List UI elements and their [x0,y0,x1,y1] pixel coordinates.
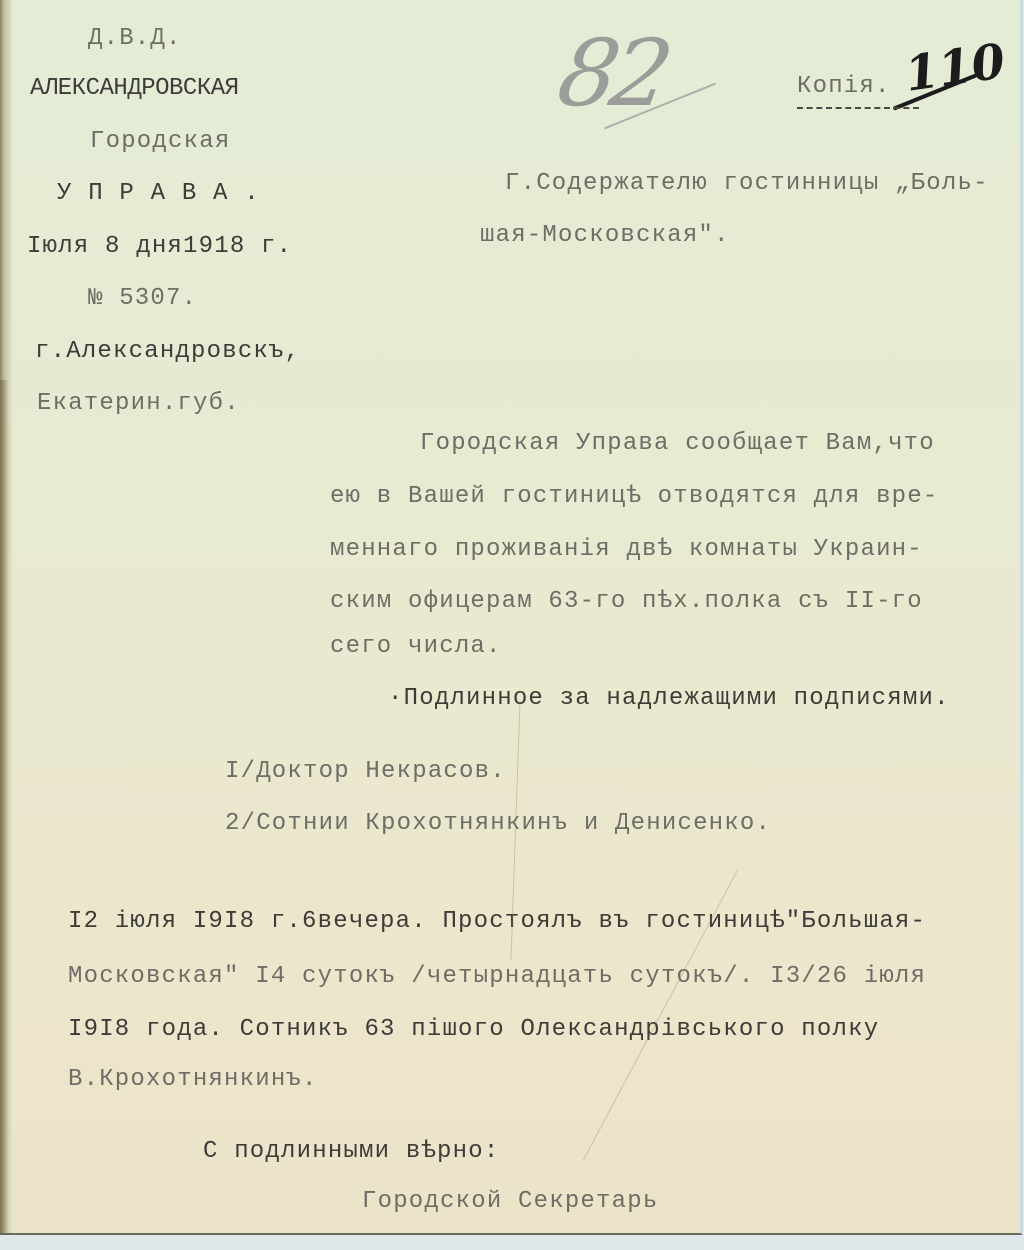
letterhead-line: АЛЕКСАНДРОВСКАЯ [30,75,239,102]
letterhead-city: г.Александровскъ, [35,338,300,365]
pencil-archive-number: 82 [551,20,675,127]
scanner-background [0,1235,1024,1250]
certification-line: С подлинными вѣрно: [203,1138,499,1165]
addressee-line: Г.Содержателю гостинницы „Боль- [505,170,989,197]
addressee-line: шая-Московская". [480,222,730,249]
letterhead-number: № 5307. [88,285,197,312]
body-line: сего числа. [330,633,502,660]
letterhead-date: Іюля 8 дня1918 г. [27,233,292,260]
letterhead-line: Городская [90,128,230,155]
annotation-line: Московская" I4 сутокъ /четырнадцать суто… [68,963,926,990]
annotation-line: I2 іюля I9I8 г.6вечера. Простоялъ въ гос… [68,908,926,935]
letterhead-line: Д.В.Д. [88,25,182,52]
body-line: ским офицерам 63-го пѣх.полка съ II-го [330,588,923,615]
annotation-line: В.Крохотнянкинъ. [68,1066,318,1093]
certification-secretary: Городской Секретарь [362,1188,658,1215]
letterhead-line: У П Р А В А . [57,180,260,207]
ink-archive-number: 110 [902,33,1009,102]
signature-line: I/Доктор Некрасов. [225,758,506,785]
annotation-line: I9I8 года. Сотникъ 63 пішого Олександрів… [68,1016,879,1043]
document-page: 82 110 Копія. Д.В.Д. АЛЕКСАНДРОВСКАЯ Гор… [0,0,1023,1235]
underlying-page-edge [0,380,8,1233]
signature-line: 2/Сотнии Крохотнянкинъ и Денисенко. [225,810,771,837]
original-signatures-note: ·Подлинное за надлежащими подписями. [388,685,950,712]
copy-label: Копія. [797,73,891,100]
letterhead-province: Екатерин.губ. [37,390,240,417]
body-line: меннаго проживанія двѣ комнаты Украин- [330,536,923,563]
body-line: Городская Управа сообщает Вам,что [420,430,935,457]
copy-label-underline [797,107,919,109]
body-line: ею в Вашей гостиницѣ отводятся для вре- [330,483,939,510]
